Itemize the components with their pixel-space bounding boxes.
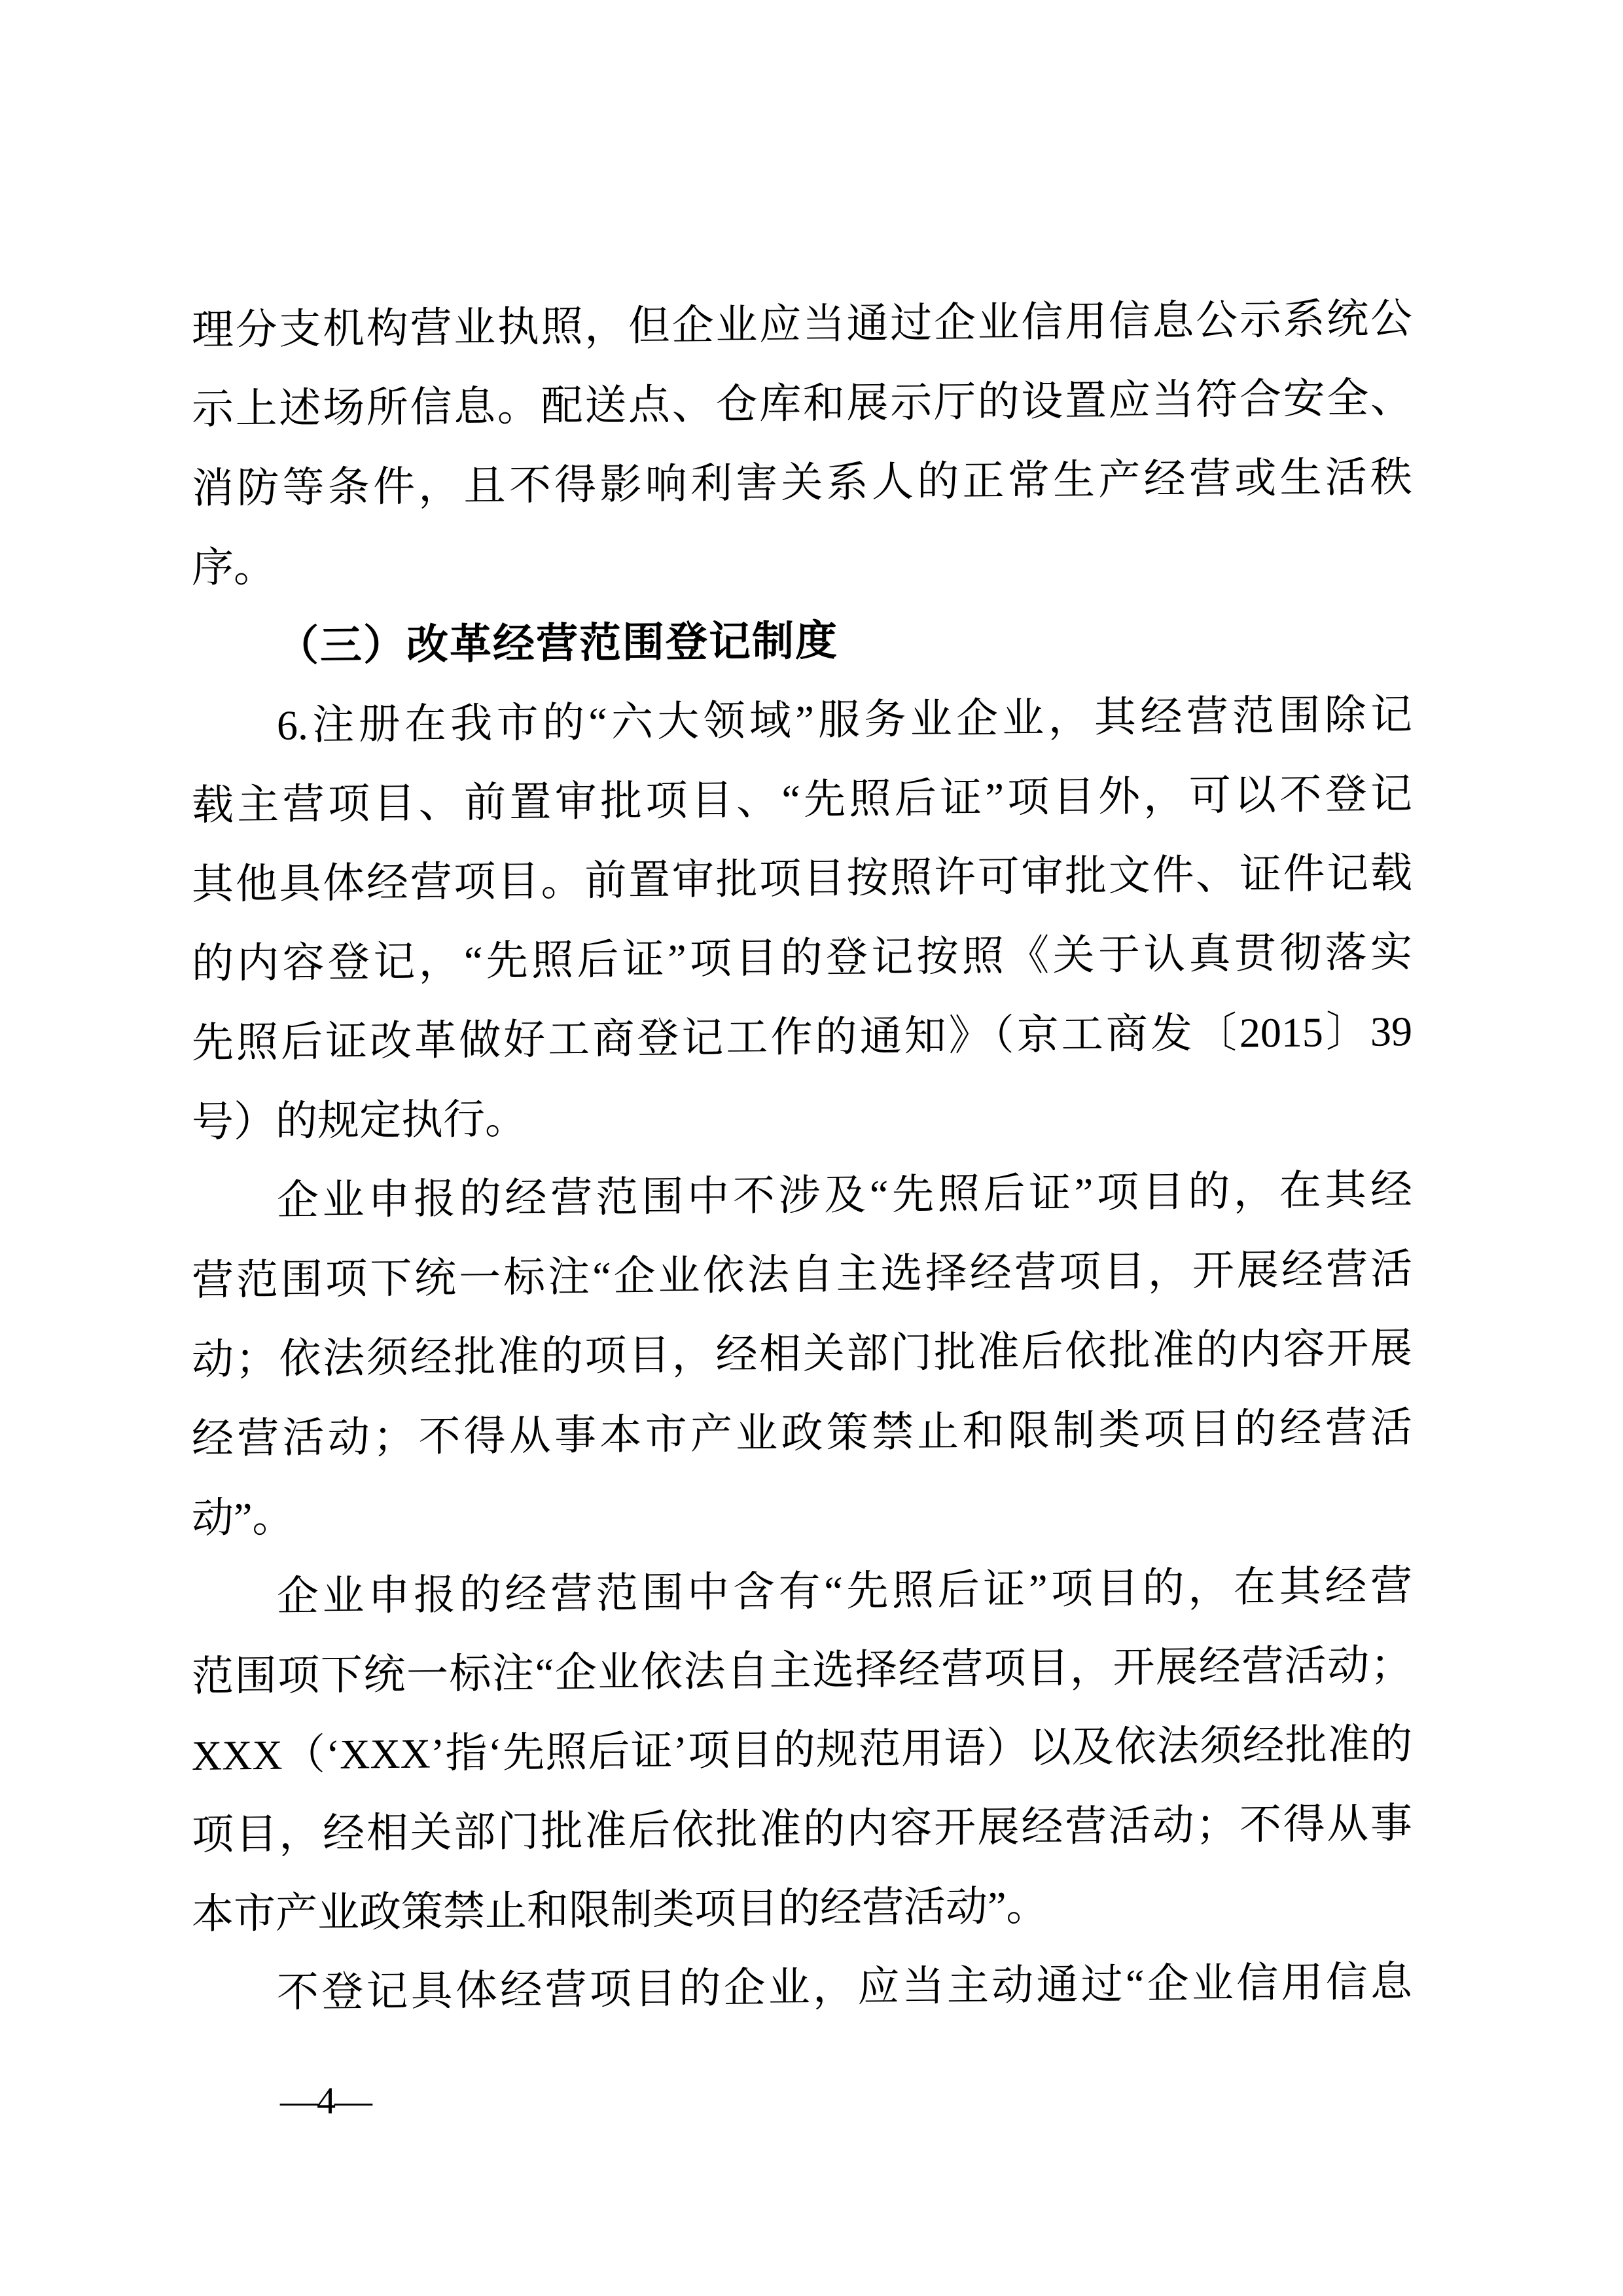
text-line: 营范围项下统一标注“企业依法自主选择经营项目，开展经营活 <box>192 1229 1412 1320</box>
text-line: 企业申报的经营范围中含有“先照后证”项目的，在其经营 <box>192 1546 1412 1637</box>
page-number: —4— <box>280 2080 371 2122</box>
text-line: 消防等条件，且不得影响利害关系人的正常生产经营或生活秩 <box>192 437 1412 528</box>
text-line: 示上述场所信息。配送点、仓库和展示厅的设置应当符合安全、 <box>192 358 1412 449</box>
text-line: 号）的规定执行。 <box>192 1071 1412 1162</box>
text-line: 本市产业政策禁止和限制类项目的经营活动”。 <box>192 1863 1412 1954</box>
section-heading: （三）改革经营范围登记制度 <box>192 596 1412 687</box>
text-line: 载主营项目、前置审批项目、“先照后证”项目外，可以不登记 <box>192 754 1412 845</box>
text-line: 不登记具体经营项目的企业，应当主动通过“企业信用信息 <box>192 1942 1412 2033</box>
text-line: 范围项下统一标注“企业依法自主选择经营项目，开展经营活动； <box>192 1625 1412 1716</box>
text-line: 项目，经相关部门批准后依批准的内容开展经营活动；不得从事 <box>192 1784 1412 1874</box>
text-line: 其他具体经营项目。前置审批项目按照许可审批文件、证件记载 <box>192 833 1412 924</box>
text-line: 的内容登记，“先照后证”项目的登记按照《关于认真贯彻落实 <box>192 912 1412 1003</box>
text-line: 序。 <box>192 516 1412 607</box>
text-line: 企业申报的经营范围中不涉及“先照后证”项目的，在其经 <box>192 1150 1412 1241</box>
text-line: 6.注册在我市的“六大领域”服务业企业，其经营范围除记 <box>192 675 1412 766</box>
document-page: 理分支机构营业执照，但企业应当通过企业信用信息公示系统公 示上述场所信息。配送点… <box>0 0 1623 2296</box>
text-line: 先照后证改革做好工商登记工作的通知》（京工商发〔2015〕39 <box>192 992 1412 1083</box>
text-line: 理分支机构营业执照，但企业应当通过企业信用信息公示系统公 <box>192 279 1412 370</box>
text-line: 动；依法须经批准的项目，经相关部门批准后依批准的内容开展 <box>192 1308 1412 1399</box>
text-line: 动”。 <box>192 1467 1412 1558</box>
text-line: 经营活动；不得从事本市产业政策禁止和限制类项目的经营活 <box>192 1388 1412 1479</box>
text-line: XXX（‘XXX’指‘先照后证’项目的规范用语）以及依法须经批准的 <box>192 1704 1412 1795</box>
document-body: 理分支机构营业执照，但企业应当通过企业信用信息公示系统公 示上述场所信息。配送点… <box>192 279 1412 2033</box>
